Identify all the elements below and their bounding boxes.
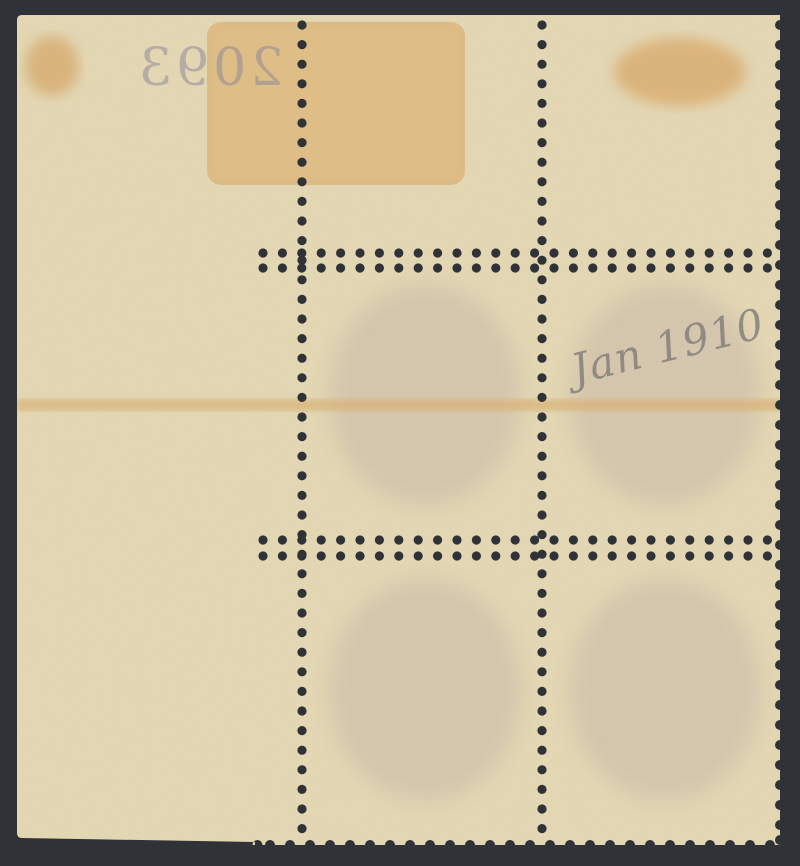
- fold-line-stain: [17, 399, 787, 411]
- stamp-block-photo: 2093 Jan 1910: [0, 0, 800, 866]
- small-hinge-stain-left: [25, 36, 79, 96]
- stamp-block-paper: [0, 0, 800, 866]
- hinge-stain-right: [614, 38, 746, 106]
